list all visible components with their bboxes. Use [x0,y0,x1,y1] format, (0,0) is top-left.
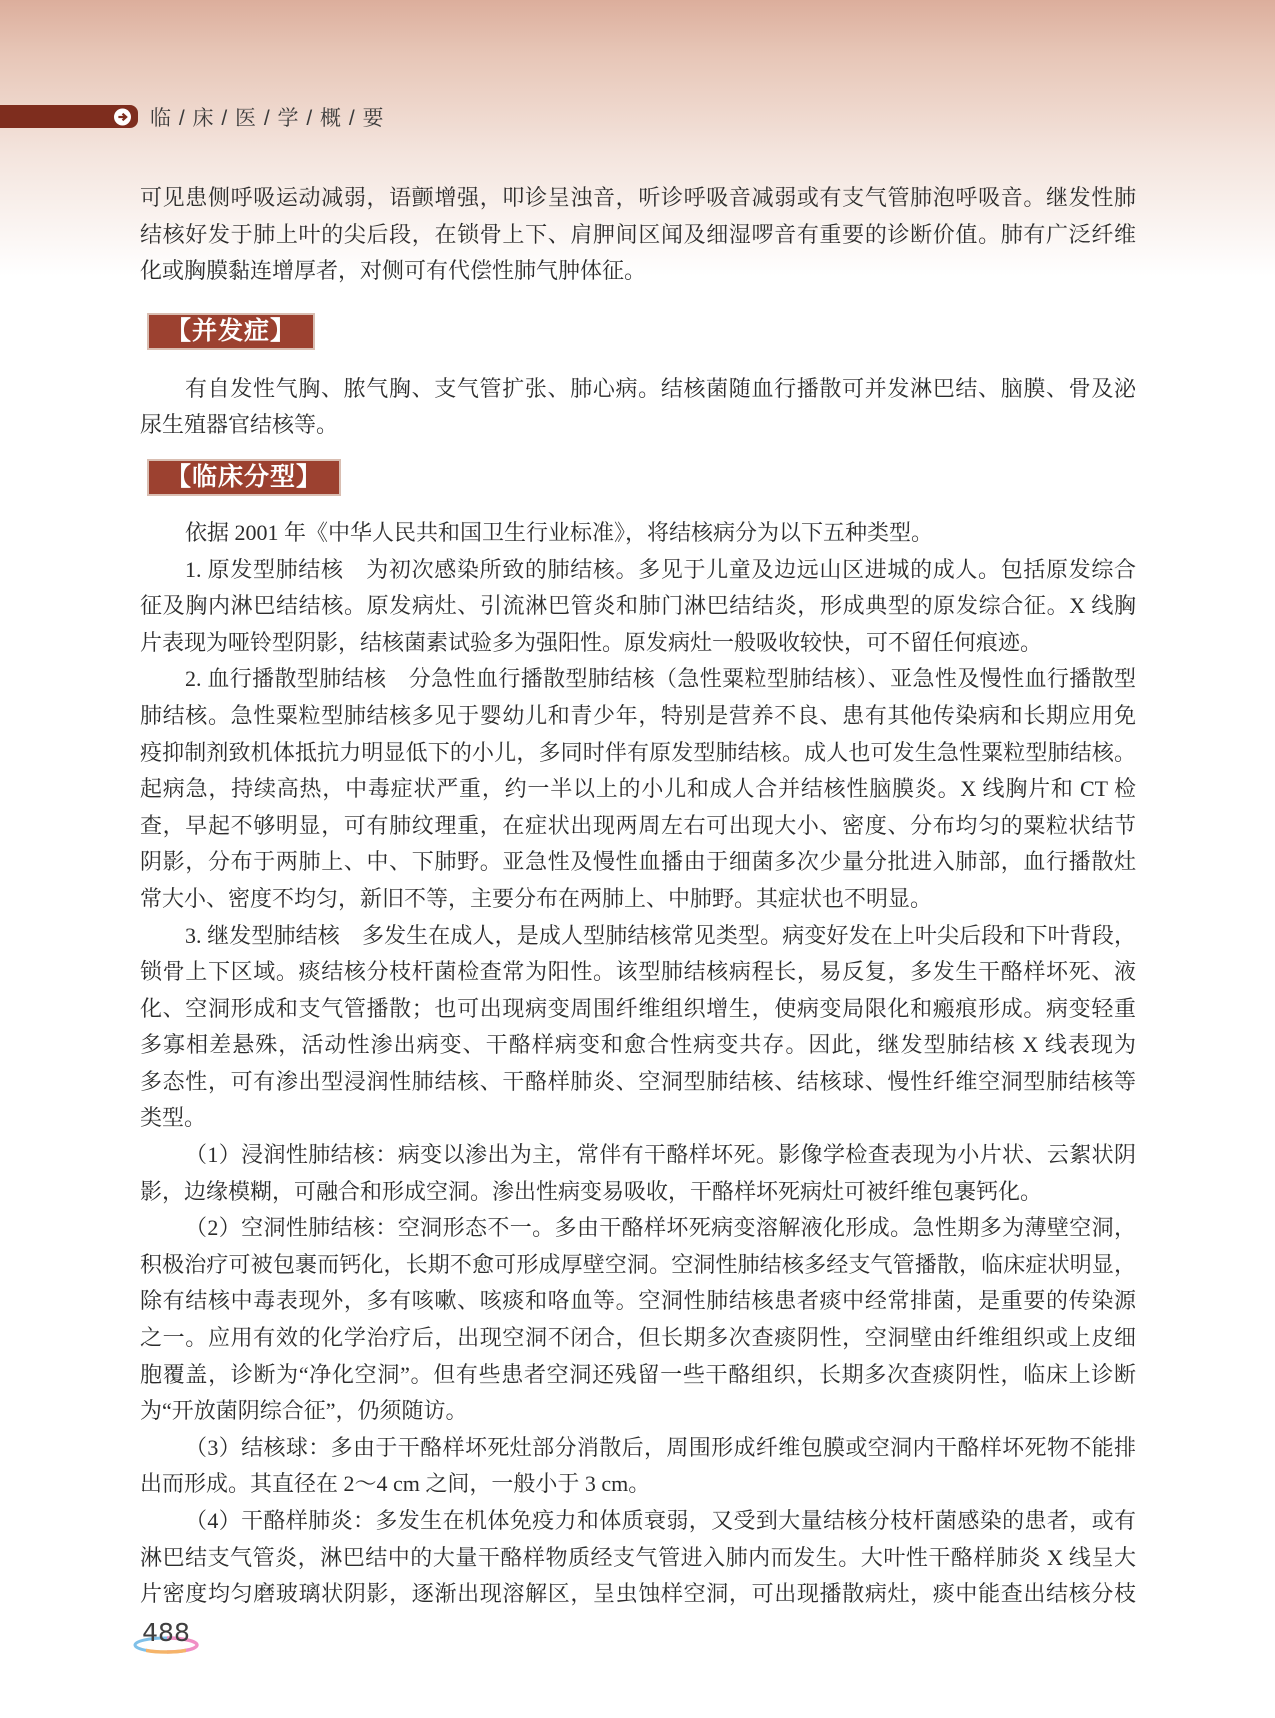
text-line: 查，早起不够明显，可有肺纹理重，在症状出现两周左右可出现大小、密度、分布均匀的粟… [140,808,1136,845]
text-line: 结核好发于肺上叶的尖后段，在锁骨上下、肩胛间区闻及细湿啰音有重要的诊断价值。肺有… [140,217,1136,254]
text-line: 1. 原发型肺结核 为初次感染所致的肺结核。多见于儿童及边远山区进城的成人。包括… [140,552,1136,589]
chapter-header-bar [0,105,138,128]
text-line: 3. 继发型肺结核 多发生在成人，是成人型肺结核常见类型。病变好发在上叶尖后段和… [140,918,1136,955]
text-line: 锁骨上下区域。痰结核分枝杆菌检查常为阳性。该型肺结核病程长，易反复，多发生干酪样… [140,954,1136,991]
text-line: 可见患侧呼吸运动减弱，语颤增强，叩诊呈浊音，听诊呼吸音减弱或有支气管肺泡呼吸音。… [140,180,1136,217]
text-line: 多态性，可有渗出型浸润性肺结核、干酪样肺炎、空洞型肺结核、结核球、慢性纤维空洞型… [140,1064,1136,1101]
text-line: 胞覆盖，诊断为“净化空洞”。但有些患者空洞还残留一些干酪组织，长期多次查痰阴性，… [140,1357,1136,1394]
paragraph-physical-signs: 可见患侧呼吸运动减弱，语颤增强，叩诊呈浊音，听诊呼吸音减弱或有支气管肺泡呼吸音。… [140,180,1136,290]
page: 临 / 床 / 医 / 学 / 概 / 要 可见患侧呼吸运动减弱，语颤增强，叩诊… [0,0,1275,1718]
text-line: （3）结核球：多由于干酪样坏死灶部分消散后，周围形成纤维包膜或空洞内干酪样坏死物… [140,1430,1136,1467]
text-line: 起病急，持续高热，中毒症状严重，约一半以上的小儿和成人合并结核性脑膜炎。X 线胸… [140,771,1136,808]
text-line: 有自发性气胸、脓气胸、支气管扩张、肺心病。结核菌随血行播散可并发淋巴结、脑膜、骨… [140,371,1136,408]
text-line: 之一。应用有效的化学治疗后，出现空洞不闭合，但长期多次查痰阴性，空洞壁由纤维组织… [140,1320,1136,1357]
text-line: 淋巴结支气管炎，淋巴结中的大量干酪样物质经支气管进入肺内而发生。大叶性干酪样肺炎… [140,1540,1136,1577]
text-line: （2）空洞性肺结核：空洞形态不一。多由干酪样坏死病变溶解液化形成。急性期多为薄壁… [140,1210,1136,1247]
text-line: 征及胸内淋巴结结核。原发病灶、引流淋巴管炎和肺门淋巴结结炎，形成典型的原发综合征… [140,588,1136,625]
text-line: （1）浸润性肺结核：病变以渗出为主，常伴有干酪样坏死。影像学检查表现为小片状、云… [140,1137,1136,1174]
page-footer: 488 [130,1616,206,1662]
paragraph-clinical-types: 依据 2001 年《中华人民共和国卫生行业标准》，将结核病分为以下五种类型。1.… [140,515,1136,1613]
text-line: 类型。 [140,1100,1136,1137]
text-line: 化或胸膜黏连增厚者，对侧可有代偿性肺气肿体征。 [140,253,1136,290]
text-line: 化、空洞形成和支气管播散；也可出现病变周围纤维组织增生，使病变局限化和瘢痕形成。… [140,991,1136,1028]
text-line: 片密度均匀磨玻璃状阴影，逐渐出现溶解区，呈虫蚀样空洞，可出现播散病灶，痰中能查出… [140,1576,1136,1613]
text-line: 出而形成。其直径在 2～4 cm 之间，一般小于 3 cm。 [140,1466,1136,1503]
page-number: 488 [130,1618,202,1647]
text-line: 除有结核中毒表现外，多有咳嗽、咳痰和咯血等。空洞性肺结核患者痰中经常排菌，是重要… [140,1283,1136,1320]
text-line: 积极治疗可被包裹而钙化，长期不愈可形成厚壁空洞。空洞性肺结核多经支气管播散，临床… [140,1247,1136,1284]
text-line: 影，边缘模糊，可融合和形成空洞。渗出性病变易吸收，干酪样坏死病灶可被纤维包裹钙化… [140,1174,1136,1211]
text-line: 肺结核。急性粟粒型肺结核多见于婴幼儿和青少年，特别是营养不良、患有其他传染病和长… [140,698,1136,735]
text-line: 2. 血行播散型肺结核 分急性血行播散型肺结核（急性粟粒型肺结核）、亚急性及慢性… [140,661,1136,698]
text-line: 依据 2001 年《中华人民共和国卫生行业标准》，将结核病分为以下五种类型。 [140,515,1136,552]
section-heading-complications: 【并发症】 [147,313,315,350]
text-line: 片表现为哑铃型阴影，结核菌素试验多为强阳性。原发病灶一般吸收较快，可不留任何痕迹… [140,625,1136,662]
content-area: 可见患侧呼吸运动减弱，语颤增强，叩诊呈浊音，听诊呼吸音减弱或有支气管肺泡呼吸音。… [140,180,1136,1613]
text-line: 常大小、密度不均匀，新旧不等，主要分布在两肺上、中肺野。其症状也不明显。 [140,881,1136,918]
text-line: 尿生殖器官结核等。 [140,407,1136,444]
arrow-right-icon [114,108,131,125]
paragraph-complications: 有自发性气胸、脓气胸、支气管扩张、肺心病。结核菌随血行播散可并发淋巴结、脑膜、骨… [140,371,1136,444]
text-line: （4）干酪样肺炎：多发生在机体免疫力和体质衰弱，又受到大量结核分枝杆菌感染的患者… [140,1503,1136,1540]
section-heading-clinical-types: 【临床分型】 [147,459,341,496]
book-title: 临 / 床 / 医 / 学 / 概 / 要 [150,105,385,128]
text-line: 阴影，分布于两肺上、中、下肺野。亚急性及慢性血播由于细菌多次少量分批进入肺部，血… [140,844,1136,881]
text-line: 多寡相差悬殊，活动性渗出病变、干酪样病变和愈合性病变共存。因此，继发型肺结核 X… [140,1027,1136,1064]
text-line: 疫抑制剂致机体抵抗力明显低下的小儿，多同时伴有原发型肺结核。成人也可发生急性粟粒… [140,735,1136,772]
text-line: 为“开放菌阴综合征”，仍须随访。 [140,1393,1136,1430]
